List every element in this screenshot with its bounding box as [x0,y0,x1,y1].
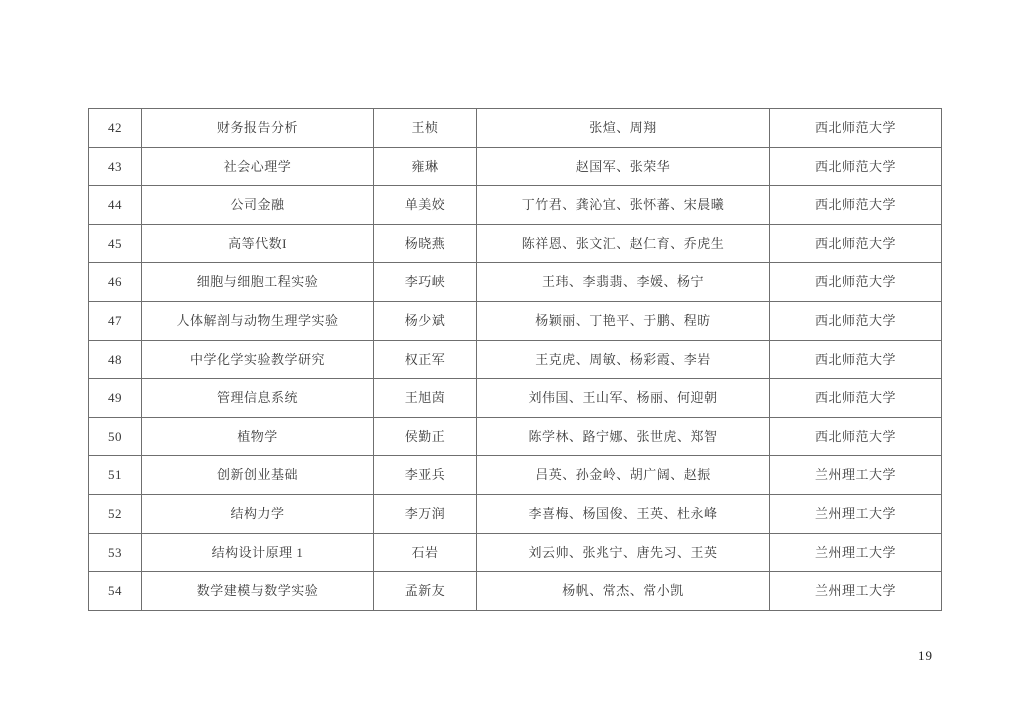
team-members-cell: 刘伟国、王山军、杨丽、何迎朝 [477,379,770,418]
course-name-cell: 公司金融 [142,186,374,225]
row-number-cell: 42 [89,109,142,148]
leader-name-cell: 石岩 [374,533,477,572]
university-name-cell: 西北师范大学 [770,224,942,263]
table-row: 52结构力学李万润李喜梅、杨国俊、王英、杜永峰兰州理工大学 [89,494,942,533]
page-number: 19 [918,648,933,664]
table-row: 51创新创业基础李亚兵吕英、孙金岭、胡广阔、赵振兰州理工大学 [89,456,942,495]
course-name-cell: 细胞与细胞工程实验 [142,263,374,302]
row-number-cell: 52 [89,494,142,533]
row-number-cell: 47 [89,301,142,340]
table-row: 44公司金融单美姣丁竹君、龚沁宜、张怀蕃、宋晨曦西北师范大学 [89,186,942,225]
course-name-cell: 社会心理学 [142,147,374,186]
leader-name-cell: 权正军 [374,340,477,379]
course-name-cell: 数学建模与数学实验 [142,572,374,611]
university-name-cell: 兰州理工大学 [770,572,942,611]
university-name-cell: 西北师范大学 [770,379,942,418]
leader-name-cell: 李万润 [374,494,477,533]
university-name-cell: 西北师范大学 [770,340,942,379]
course-name-cell: 中学化学实验教学研究 [142,340,374,379]
row-number-cell: 43 [89,147,142,186]
team-members-cell: 丁竹君、龚沁宜、张怀蕃、宋晨曦 [477,186,770,225]
row-number-cell: 53 [89,533,142,572]
team-members-cell: 杨颖丽、丁艳平、于鹏、程昉 [477,301,770,340]
table-row: 47人体解剖与动物生理学实验杨少斌杨颖丽、丁艳平、于鹏、程昉西北师范大学 [89,301,942,340]
team-members-cell: 刘云帅、张兆宁、唐先习、王英 [477,533,770,572]
university-name-cell: 西北师范大学 [770,417,942,456]
leader-name-cell: 杨晓燕 [374,224,477,263]
university-name-cell: 西北师范大学 [770,109,942,148]
team-members-cell: 王玮、李翡翡、李媛、杨宁 [477,263,770,302]
university-name-cell: 兰州理工大学 [770,456,942,495]
university-name-cell: 西北师范大学 [770,301,942,340]
course-name-cell: 管理信息系统 [142,379,374,418]
university-name-cell: 兰州理工大学 [770,494,942,533]
row-number-cell: 48 [89,340,142,379]
document-page: 42财务报告分析王桢张煊、周翔西北师范大学43社会心理学雍琳赵国军、张荣华西北师… [0,0,1024,724]
leader-name-cell: 孟新友 [374,572,477,611]
team-members-cell: 张煊、周翔 [477,109,770,148]
team-members-cell: 陈祥恩、张文汇、赵仁育、乔虎生 [477,224,770,263]
team-members-cell: 吕英、孙金岭、胡广阔、赵振 [477,456,770,495]
course-name-cell: 结构力学 [142,494,374,533]
course-table-body: 42财务报告分析王桢张煊、周翔西北师范大学43社会心理学雍琳赵国军、张荣华西北师… [89,109,942,611]
university-name-cell: 西北师范大学 [770,186,942,225]
team-members-cell: 王克虎、周敏、杨彩霞、李岩 [477,340,770,379]
table-row: 49管理信息系统王旭茵刘伟国、王山军、杨丽、何迎朝西北师范大学 [89,379,942,418]
table-row: 42财务报告分析王桢张煊、周翔西北师范大学 [89,109,942,148]
table-row: 53结构设计原理 1石岩刘云帅、张兆宁、唐先习、王英兰州理工大学 [89,533,942,572]
course-name-cell: 财务报告分析 [142,109,374,148]
table-row: 45高等代数I杨晓燕陈祥恩、张文汇、赵仁育、乔虎生西北师范大学 [89,224,942,263]
leader-name-cell: 单美姣 [374,186,477,225]
course-name-cell: 结构设计原理 1 [142,533,374,572]
university-name-cell: 西北师范大学 [770,147,942,186]
table-row: 48中学化学实验教学研究权正军王克虎、周敏、杨彩霞、李岩西北师范大学 [89,340,942,379]
leader-name-cell: 杨少斌 [374,301,477,340]
university-name-cell: 西北师范大学 [770,263,942,302]
leader-name-cell: 王桢 [374,109,477,148]
university-name-cell: 兰州理工大学 [770,533,942,572]
table-row: 46细胞与细胞工程实验李巧峡王玮、李翡翡、李媛、杨宁西北师范大学 [89,263,942,302]
row-number-cell: 46 [89,263,142,302]
table-row: 54数学建模与数学实验孟新友杨帆、常杰、常小凯兰州理工大学 [89,572,942,611]
team-members-cell: 陈学林、路宁娜、张世虎、郑智 [477,417,770,456]
course-name-cell: 人体解剖与动物生理学实验 [142,301,374,340]
leader-name-cell: 雍琳 [374,147,477,186]
row-number-cell: 54 [89,572,142,611]
course-name-cell: 植物学 [142,417,374,456]
team-members-cell: 杨帆、常杰、常小凯 [477,572,770,611]
row-number-cell: 51 [89,456,142,495]
row-number-cell: 44 [89,186,142,225]
team-members-cell: 赵国军、张荣华 [477,147,770,186]
course-name-cell: 高等代数I [142,224,374,263]
leader-name-cell: 李巧峡 [374,263,477,302]
table-row: 50植物学侯勤正陈学林、路宁娜、张世虎、郑智西北师范大学 [89,417,942,456]
leader-name-cell: 侯勤正 [374,417,477,456]
course-table: 42财务报告分析王桢张煊、周翔西北师范大学43社会心理学雍琳赵国军、张荣华西北师… [88,108,942,611]
leader-name-cell: 李亚兵 [374,456,477,495]
row-number-cell: 45 [89,224,142,263]
team-members-cell: 李喜梅、杨国俊、王英、杜永峰 [477,494,770,533]
row-number-cell: 49 [89,379,142,418]
table-row: 43社会心理学雍琳赵国军、张荣华西北师范大学 [89,147,942,186]
row-number-cell: 50 [89,417,142,456]
course-name-cell: 创新创业基础 [142,456,374,495]
leader-name-cell: 王旭茵 [374,379,477,418]
